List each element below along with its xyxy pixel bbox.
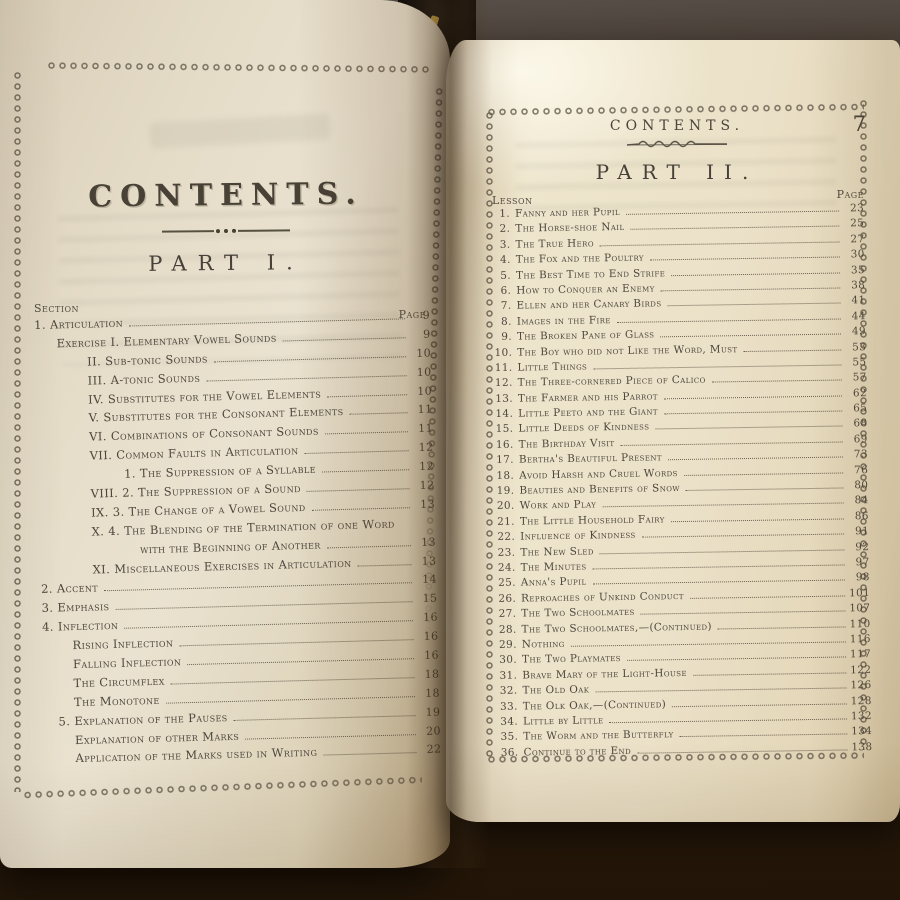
- toc-entry-title: 5. Explanation of the Pauses: [58, 710, 227, 728]
- lesson-number: 8.: [492, 315, 512, 327]
- lesson-page: 27: [842, 233, 864, 245]
- lesson-title: The Two Playmates: [522, 652, 621, 666]
- left-page: CONTENTS. PART I. Section Page 1. Articu…: [0, 0, 450, 868]
- toc-part-two: 1. Fanny and her Pupil 23 2. The Horse-s…: [490, 202, 873, 762]
- dotted-leader: [171, 677, 415, 684]
- lesson-page: 110: [848, 618, 870, 630]
- dotted-leader: [631, 226, 840, 230]
- lesson-number: 36.: [498, 746, 518, 758]
- dotted-leader: [325, 432, 408, 435]
- lesson-page: 76: [846, 464, 868, 476]
- toc-entry-title: Falling Inflection: [73, 654, 182, 671]
- lesson-number: 6.: [491, 285, 511, 297]
- toc-entry-page: 10: [409, 346, 431, 360]
- dotted-leader: [642, 534, 844, 538]
- toc-entry-page: 13: [414, 535, 436, 549]
- dotted-leader: [124, 620, 413, 629]
- dotted-leader: [626, 211, 839, 215]
- dotted-leader: [668, 303, 841, 307]
- lesson-page: 38: [843, 279, 865, 291]
- toc-entry-page: 10: [409, 365, 431, 379]
- toc-entry-page: 14: [415, 573, 437, 587]
- lesson-title: Brave Mary of the Light-House: [522, 667, 687, 682]
- dotted-leader: [327, 545, 411, 548]
- toc-entry-page: 11: [411, 422, 433, 436]
- dotted-leader: [593, 564, 845, 569]
- lesson-title: Beauties and Benefits of Snow: [519, 482, 680, 497]
- lesson-page: 57: [845, 371, 867, 383]
- dotted-leader: [116, 602, 413, 611]
- dotted-leader: [718, 626, 846, 629]
- dotted-leader: [712, 380, 842, 383]
- dotted-leader: [206, 375, 406, 381]
- lesson-number: 11.: [492, 362, 512, 374]
- lesson-page: 44: [844, 310, 866, 322]
- dotted-leader: [322, 469, 409, 472]
- dotted-leader: [671, 518, 844, 522]
- lesson-page: 62: [845, 387, 867, 399]
- toc-entry-page: 19: [418, 705, 440, 719]
- dotted-leader: [650, 257, 840, 261]
- lesson-number: 31.: [497, 669, 517, 681]
- section-label: Section: [34, 302, 79, 315]
- dotted-leader: [245, 734, 416, 739]
- lesson-title: The Boy who did not Like the Word, Must: [517, 343, 737, 358]
- folio-page-number: 7: [853, 112, 866, 136]
- dotted-leader: [166, 696, 415, 704]
- lesson-title: The Three-cornered Piece of Calico: [518, 374, 706, 389]
- dotted-leader: [179, 639, 413, 646]
- part-one-heading: PART I.: [20, 249, 432, 277]
- toc-entry-title: 2. Accent: [41, 581, 98, 596]
- lesson-title: Influence of Kindness: [520, 529, 636, 543]
- lesson-number: 23.: [495, 546, 515, 558]
- toc-entry-page: 9: [408, 309, 430, 323]
- dotted-leader: [617, 318, 841, 323]
- lesson-number: 3.: [490, 238, 510, 250]
- lesson-page: 80: [846, 479, 868, 491]
- lesson-number: 16.: [494, 439, 514, 451]
- toc-entry-page: 20: [419, 724, 441, 738]
- lesson-title: Avoid Harsh and Cruel Words: [519, 467, 678, 481]
- lesson-page: 86: [847, 510, 869, 522]
- lesson-page: 41: [843, 294, 865, 306]
- toc-entry-title: Rising Inflection: [72, 636, 173, 653]
- toc-entry-page: 15: [415, 592, 437, 606]
- lesson-title: Fanny and her Pupil: [515, 206, 620, 220]
- dotted-leader: [744, 349, 842, 352]
- toc-entry-page: 22: [419, 743, 441, 757]
- lesson-number: 13.: [493, 392, 513, 404]
- toc-entry-page: 10: [410, 384, 432, 398]
- toc-entry-page: 13: [414, 554, 436, 568]
- toc-entry-title: Explanation of other Marks: [75, 728, 240, 746]
- lesson-title: The True Hero: [515, 237, 594, 250]
- dotted-leader: [668, 457, 843, 461]
- lesson-number: 12.: [493, 377, 513, 389]
- dotted-leader: [595, 688, 846, 693]
- dotted-leader: [684, 472, 843, 476]
- lesson-title: The Olk Oak,—(Continued): [523, 698, 667, 712]
- lesson-page: 73: [846, 448, 868, 460]
- lesson-page: 25: [842, 218, 864, 230]
- dotted-leader: [129, 318, 405, 326]
- title-divider: [162, 228, 290, 233]
- lesson-title: How to Conquer an Enemy: [516, 282, 655, 296]
- dotted-leader: [672, 703, 847, 707]
- ornament-squiggle: [625, 138, 729, 150]
- lesson-page: 91: [847, 525, 869, 537]
- left-border-bottom: [22, 774, 422, 800]
- toc-entry-page: [414, 526, 436, 527]
- lesson-title: The New Sled: [520, 545, 594, 558]
- page-column-label-right: Page: [837, 188, 864, 201]
- dotted-leader: [602, 503, 843, 508]
- lesson-number: 35.: [498, 731, 518, 743]
- lesson-page: 35: [843, 264, 865, 276]
- lesson-page: 92: [847, 541, 869, 553]
- lesson-title: The Two Schoolmates,—(Continued): [522, 620, 713, 635]
- lesson-page: 65: [845, 402, 867, 414]
- toc-entry-title: The Circumflex: [73, 674, 165, 690]
- lesson-number: 26.: [496, 592, 516, 604]
- lesson-number: 1.: [490, 208, 510, 220]
- lesson-number: 9.: [492, 331, 512, 343]
- lesson-title: Little by Little: [523, 714, 604, 727]
- dotted-leader: [214, 356, 406, 362]
- dotted-leader: [234, 715, 416, 721]
- lesson-number: 2.: [490, 223, 510, 235]
- dotted-leader: [641, 611, 846, 615]
- toc-entry-page: 18: [417, 667, 439, 681]
- lesson-title: The Birthday Visit: [519, 437, 615, 451]
- lesson-title: The Horse-shoe Nail: [515, 221, 624, 235]
- dotted-leader: [693, 672, 846, 675]
- dotted-leader: [571, 641, 846, 646]
- dotted-leader: [655, 426, 842, 430]
- dotted-leader: [680, 734, 848, 738]
- lesson-number: 7.: [491, 300, 511, 312]
- lesson-page: 49: [844, 325, 866, 337]
- toc-entry-page: 12: [412, 479, 434, 493]
- lesson-title: Ellen and her Canary Birds: [516, 298, 661, 312]
- lesson-title: Work and Play: [520, 499, 597, 512]
- lesson-page: 138: [850, 741, 872, 753]
- lesson-number: 32.: [497, 685, 517, 697]
- lesson-number: 24.: [496, 562, 516, 574]
- lesson-title: Little Deeds of Kindness: [518, 421, 649, 435]
- lesson-column-label: Lesson: [492, 194, 533, 207]
- toc-entry-page: 9: [408, 328, 430, 342]
- lesson-number: 14.: [493, 408, 513, 420]
- lesson-number: 33.: [498, 700, 518, 712]
- lesson-title: The Best Time to End Strife: [516, 267, 665, 281]
- contents-title: CONTENTS.: [20, 176, 432, 215]
- lesson-page: 69: [846, 433, 868, 445]
- dotted-leader: [327, 394, 407, 397]
- lesson-number: 4.: [491, 254, 511, 266]
- lesson-number: 22.: [495, 531, 515, 543]
- dotted-leader: [187, 658, 414, 665]
- dotted-leader: [637, 749, 847, 753]
- dotted-leader: [593, 364, 841, 369]
- lesson-number: 28.: [497, 623, 517, 635]
- toc-entry-page: 11: [410, 403, 432, 417]
- lesson-number: 19.: [494, 485, 514, 497]
- dotted-leader: [307, 488, 410, 492]
- toc-entry-title: 4. Inflection: [42, 618, 119, 634]
- lesson-page: 126: [849, 679, 871, 691]
- dotted-leader: [671, 272, 840, 276]
- lesson-title: The Broken Pane of Glass: [517, 329, 655, 343]
- lesson-title: The Farmer and his Parrot: [518, 390, 658, 404]
- lesson-title: Continue to the End: [523, 745, 631, 759]
- lesson-page: 30: [843, 248, 865, 260]
- dotted-leader: [323, 753, 416, 756]
- toc-entry-page: 12: [411, 441, 433, 455]
- lesson-title: The Fox and the Poultry: [516, 252, 644, 266]
- dotted-leader: [305, 450, 409, 454]
- lesson-page: 97: [848, 556, 870, 568]
- lesson-page: 23: [842, 202, 864, 214]
- lesson-title: The Minutes: [521, 561, 587, 574]
- lesson-page: 122: [849, 664, 871, 676]
- dotted-leader: [283, 337, 406, 341]
- lesson-page: 128: [850, 695, 872, 707]
- lesson-number: 34.: [498, 716, 518, 728]
- dotted-leader: [661, 287, 841, 291]
- lesson-page: 132: [850, 710, 872, 722]
- toc-entry-page: 12: [412, 460, 434, 474]
- lesson-number: 5.: [491, 269, 511, 281]
- lesson-number: 27.: [496, 608, 516, 620]
- lesson-page: 107: [848, 602, 870, 614]
- dotted-leader: [104, 583, 412, 592]
- lesson-title: Reproaches of Unkind Conduct: [521, 590, 684, 605]
- lesson-page: 116: [849, 633, 871, 645]
- toc-entry-page: 16: [416, 611, 438, 625]
- toc-entry-title: 1. Articulation: [34, 316, 123, 332]
- toc-entry-title: 3. Emphasis: [41, 599, 109, 615]
- toc-entry-page: 16: [417, 649, 439, 663]
- dotted-leader: [312, 507, 410, 511]
- lesson-number: 20.: [495, 500, 515, 512]
- lesson-title: Little Things: [517, 360, 587, 373]
- running-head: CONTENTS.: [490, 118, 864, 134]
- right-page: CONTENTS. 7 PART II. Lesson Page 1. Fann…: [446, 40, 900, 822]
- toc-entry-title: II. Sub-tonic Sounds: [87, 351, 208, 368]
- lesson-page: 101: [848, 587, 870, 599]
- lesson-title: Anna's Pupil: [521, 576, 587, 589]
- dotted-leader: [592, 580, 844, 585]
- toc-entry-page: 13: [413, 497, 435, 511]
- dotted-leader: [664, 411, 842, 415]
- lesson-page: 53: [844, 341, 866, 353]
- lesson-title: Nothing: [522, 638, 565, 651]
- toc-part-one: 1. Articulation 9 Exercise I. Elementary…: [34, 308, 442, 772]
- lesson-title: The Little Household Fairy: [520, 513, 665, 527]
- lesson-title: Bertha's Beautiful Present: [519, 452, 662, 466]
- dotted-leader: [664, 395, 842, 399]
- dotted-leader: [600, 549, 845, 554]
- lesson-page: 84: [847, 495, 869, 507]
- lesson-number: 21.: [495, 515, 515, 527]
- part-two-heading: PART II.: [490, 160, 864, 184]
- lesson-title: Images in the Fire: [517, 314, 611, 327]
- lesson-number: 17.: [494, 454, 514, 466]
- lesson-page: 55: [844, 356, 866, 368]
- dotted-leader: [621, 441, 843, 445]
- lesson-number: 30.: [497, 654, 517, 666]
- lesson-number: 18.: [494, 469, 514, 481]
- toc-entry-title: III. A-tonic Sounds: [87, 370, 200, 387]
- lesson-title: The Old Oak: [522, 684, 589, 697]
- dotted-leader: [627, 657, 846, 661]
- lesson-page: 68: [845, 418, 867, 430]
- toc-entry-page: 18: [418, 686, 440, 700]
- toc-entry-page: 16: [416, 630, 438, 644]
- dotted-leader: [350, 413, 408, 416]
- lesson-title: The Worm and the Butterfly: [523, 728, 674, 742]
- dotted-leader: [690, 595, 845, 598]
- lesson-page: 117: [849, 648, 871, 660]
- dotted-leader: [600, 241, 840, 246]
- dotted-leader: [686, 488, 844, 491]
- dotted-leader: [660, 334, 841, 338]
- dotted-leader: [358, 564, 412, 566]
- lesson-title: The Two Schoolmates: [521, 606, 635, 620]
- toc-entry-title: The Monotone: [74, 693, 160, 709]
- lesson-number: 10.: [492, 346, 512, 358]
- lesson-page: 98: [848, 571, 870, 583]
- dotted-leader: [610, 718, 848, 723]
- lesson-title: Little Peeto and the Giant: [518, 405, 658, 419]
- lesson-page: 134: [850, 725, 872, 737]
- lesson-number: 29.: [497, 639, 517, 651]
- lesson-number: 15.: [493, 423, 513, 435]
- book-photo-scene: CONTENTS. PART I. Section Page 1. Articu…: [0, 0, 900, 900]
- lesson-number: 25.: [496, 577, 516, 589]
